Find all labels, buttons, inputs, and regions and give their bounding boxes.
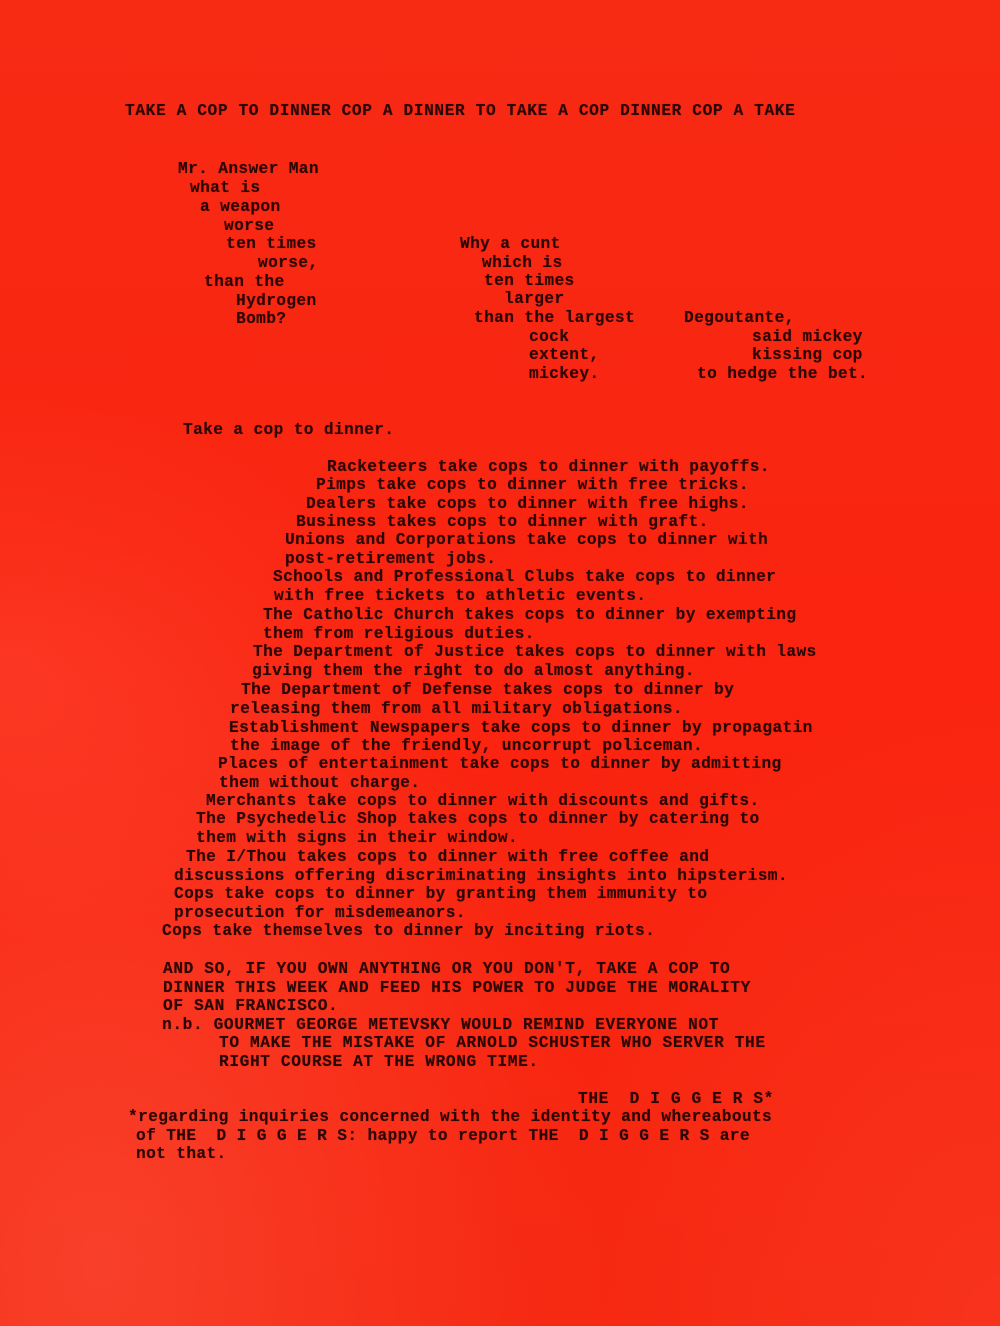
- signature: THE D I G G E R S*: [578, 1090, 774, 1108]
- footnote-line: not that.: [136, 1145, 227, 1163]
- poem-left-line: ten times: [226, 235, 317, 253]
- list-line: prosecution for misdemeanors.: [174, 904, 466, 922]
- list-line: The Catholic Church takes cops to dinner…: [263, 606, 796, 624]
- list-line: Cops take themselves to dinner by inciti…: [162, 922, 655, 940]
- poem-right-line: to hedge the bet.: [697, 365, 868, 383]
- closing-line: OF SAN FRANCISCO.: [163, 997, 338, 1015]
- list-line: The I/Thou takes cops to dinner with fre…: [186, 848, 709, 866]
- poem-middle-line: extent,: [529, 346, 599, 364]
- list-line: Establishment Newspapers take cops to di…: [229, 719, 813, 737]
- poem-middle-line: larger: [504, 290, 564, 308]
- poem-middle-line: Why a cunt: [460, 235, 561, 253]
- list-line: Dealers take cops to dinner with free hi…: [306, 495, 749, 513]
- list-line: The Psychedelic Shop takes cops to dinne…: [196, 810, 760, 828]
- poem-right-line: said mickey: [752, 328, 863, 346]
- list-line: post-retirement jobs.: [285, 550, 496, 568]
- list-line: the image of the friendly, uncorrupt pol…: [230, 737, 703, 755]
- poem-middle-line: which is: [482, 254, 563, 272]
- nb-line: n.b. GOURMET GEORGE METEVSKY WOULD REMIN…: [162, 1016, 719, 1034]
- poem-left-line: what is: [190, 179, 260, 197]
- closing-line: AND SO, IF YOU OWN ANYTHING OR YOU DON'T…: [163, 960, 730, 978]
- list-line: with free tickets to athletic events.: [274, 587, 646, 605]
- poem-left-line: Hydrogen: [236, 292, 317, 310]
- list-line: them with signs in their window.: [196, 829, 518, 847]
- poem-left-line: Mr. Answer Man: [178, 160, 319, 178]
- list-line: them without charge.: [219, 774, 420, 792]
- list-line: them from religious duties.: [263, 625, 535, 643]
- intro-line: Take a cop to dinner.: [183, 421, 394, 439]
- poem-left-line: a weapon: [200, 198, 281, 216]
- list-line: Places of entertainment take cops to din…: [218, 755, 782, 773]
- list-line: Cops take cops to dinner by granting the…: [174, 885, 707, 903]
- nb-line: RIGHT COURSE AT THE WRONG TIME.: [219, 1053, 539, 1071]
- list-line: Business takes cops to dinner with graft…: [296, 513, 709, 531]
- closing-line: DINNER THIS WEEK AND FEED HIS POWER TO J…: [163, 979, 751, 997]
- poem-left-line: than the: [204, 273, 285, 291]
- poem-right-line: kissing cop: [752, 346, 863, 364]
- poem-right-line: Degoutante,: [684, 309, 795, 327]
- list-line: Merchants take cops to dinner with disco…: [206, 792, 760, 810]
- list-line: discussions offering discriminating insi…: [174, 867, 788, 885]
- poem-left-line: worse,: [258, 254, 318, 272]
- list-line: Unions and Corporations take cops to din…: [285, 531, 768, 549]
- footnote-line: *regarding inquiries concerned with the …: [128, 1108, 772, 1126]
- list-line: The Department of Defense takes cops to …: [241, 681, 734, 699]
- list-line: Racketeers take cops to dinner with payo…: [327, 458, 770, 476]
- list-line: releasing them from all military obligat…: [230, 700, 683, 718]
- footnote-line: of THE D I G G E R S: happy to report TH…: [136, 1127, 750, 1145]
- nb-line: TO MAKE THE MISTAKE OF ARNOLD SCHUSTER W…: [219, 1034, 766, 1052]
- poem-middle-line: cock: [529, 328, 569, 346]
- poem-middle-line: ten times: [484, 272, 575, 290]
- list-line: giving them the right to do almost anyth…: [252, 662, 695, 680]
- list-line: Schools and Professional Clubs take cops…: [273, 568, 776, 586]
- poem-middle-line: mickey.: [529, 365, 599, 383]
- list-line: The Department of Justice takes cops to …: [253, 643, 817, 661]
- poem-middle-line: than the largest: [474, 309, 635, 327]
- list-line: Pimps take cops to dinner with free tric…: [316, 476, 749, 494]
- poem-left-line: worse: [224, 217, 274, 235]
- poem-left-line: Bomb?: [236, 310, 286, 328]
- headline: TAKE A COP TO DINNER COP A DINNER TO TAK…: [125, 102, 795, 120]
